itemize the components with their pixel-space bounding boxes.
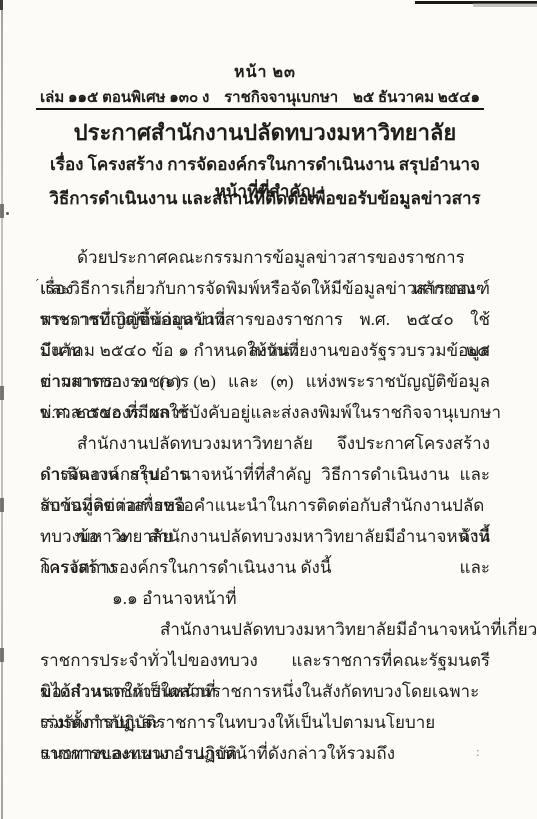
scan-tick bbox=[0, 498, 4, 512]
body-line: ราชการประจำทั่วไปของทบวง และราชการที่คณะ… bbox=[40, 645, 490, 676]
scan-edge-line bbox=[1, 0, 3, 819]
body: ด้วยประกาศคณะกรรมการข้อมูลข่าวสารของราชก… bbox=[40, 242, 490, 769]
volume-label: เล่ม ๑๑๕ ตอนพิเศษ ๑๓๐ ง bbox=[40, 85, 209, 109]
body-line: เร่งรัดการปฏิบัติราชการในทบวงให้เป็นไปตา… bbox=[40, 707, 490, 738]
body-line: ด้วยประกาศคณะกรรมการข้อมูลข่าวสารของราชก… bbox=[40, 242, 490, 273]
subject-line-2: วิธีการดำเนินงาน และสถานที่ติดต่อเพื่อขอ… bbox=[40, 185, 490, 212]
body-line: สำนักงานปลัดทบวงมหาวิทยาลัยมีอำนาจหน้าที… bbox=[40, 614, 490, 645]
masthead-row: เล่ม ๑๑๕ ตอนพิเศษ ๑๓๐ ง ราชกิจจานุเบกษา … bbox=[40, 85, 490, 109]
body-line: พระราชบัญญัติข้อมูลข่าวสารของราชการ พ.ศ.… bbox=[40, 304, 490, 335]
body-line: สำนักงานปลัดทบวงมหาวิทยาลัย จึงประกาศโคร… bbox=[40, 428, 490, 459]
body-line: ๑.๑ อำนาจหน้าที่ bbox=[40, 583, 490, 614]
body-line: ข้อ ๑ สำนักงานปลัดทบวงมหาวิทยาลัยมีอำนาจ… bbox=[40, 521, 490, 552]
announcement-title: ประกาศสำนักงานปลัดทบวงมหาวิทยาลัย bbox=[40, 115, 490, 150]
body-line: พ.ศ. ๒๕๔๐ ที่มีผลใช้บังคับอยู่และส่งลงพิ… bbox=[40, 397, 490, 428]
body-line: มีนาคม ๒๕๔๐ ข้อ ๑ กำหนดให้หน่วยงานของรัฐ… bbox=[40, 335, 490, 366]
body-line: รับข้อมูลข่าวสารหรือคำแนะนำในการติดต่อกั… bbox=[40, 490, 490, 521]
stray-tone-mark: ´ bbox=[35, 276, 39, 292]
scan-smudge bbox=[473, 3, 537, 7]
body-line: ของส่วนราชการใดส่วนราชการหนึ่งในสังกัดทบ… bbox=[40, 676, 490, 707]
scan-tick bbox=[0, 386, 4, 400]
scan-corner-mark bbox=[0, 0, 3, 10]
body-line: ราชการของทบวง อำนาจหน้าที่ดังกล่าวให้รวม… bbox=[40, 738, 490, 769]
issue-date: ๒๕ ธันวาคม ๒๕๔๑ bbox=[353, 85, 490, 109]
gazette-page: ´ : หน้า ๒๓ เล่ม ๑๑๕ ตอนพิเศษ ๑๓๐ ง ราชก… bbox=[0, 0, 537, 819]
body-line: ดำเนินงาน สรุปอำนาจหน้าที่ที่สำคัญ วิธีก… bbox=[40, 459, 490, 490]
page-number-label: หน้า ๒๓ bbox=[40, 60, 490, 85]
body-line: และวิธีการเกี่ยวกับการจัดพิมพ์หรือจัดให้… bbox=[40, 273, 490, 304]
scan-speck bbox=[6, 212, 9, 215]
header-rule bbox=[36, 108, 484, 110]
scan-tick bbox=[0, 204, 4, 218]
scan-tick bbox=[0, 648, 4, 662]
body-line: ตามมาตรา ๗ (๑) (๒) และ (๓) แห่งพระราชบัญ… bbox=[40, 366, 490, 397]
gazette-name: ราชกิจจานุเบกษา bbox=[224, 85, 338, 109]
